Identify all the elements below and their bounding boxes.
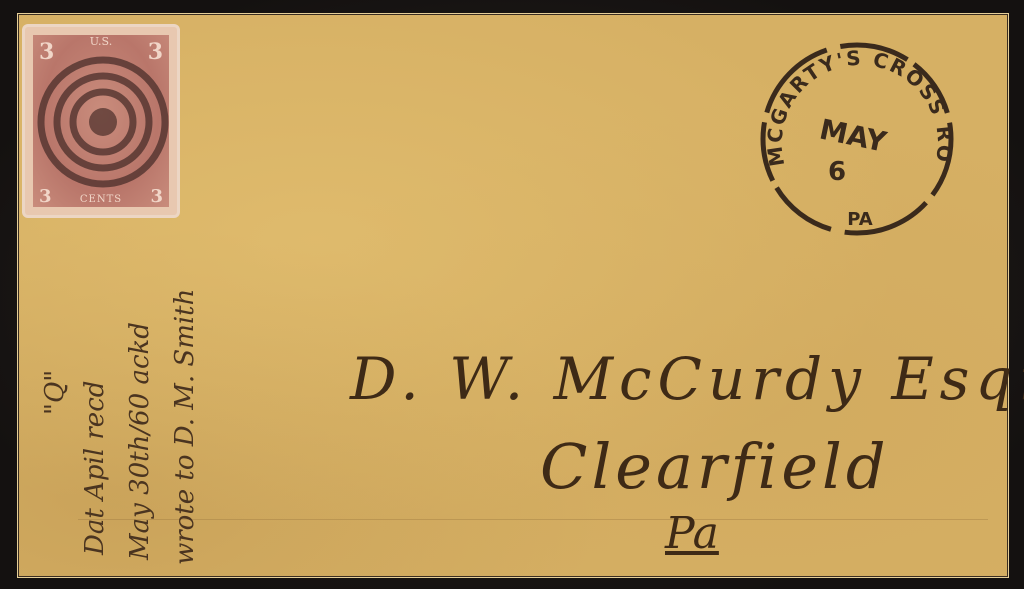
docket-line-4: wrote to D. M. Smith [170, 289, 200, 565]
postage-stamp: U.S. 3 3 3 3 CENTS [25, 27, 177, 215]
docket-line-3: May 30th/60 ackd [125, 322, 155, 560]
address-state: Pa [665, 508, 719, 559]
postmark-day: 6 [828, 157, 846, 187]
postmark: MCGARTY'S CROSS ROADS MAY 6 PA [755, 35, 965, 245]
address-city: Clearfield [540, 430, 890, 503]
postmark-month: MAY [817, 113, 890, 159]
target-cancel-icon [25, 27, 177, 215]
postmark-state: PA [847, 209, 873, 230]
address-name: D. W. McCurdy Esqr [350, 345, 1024, 413]
docket-line-2: Dat Apil recd [80, 381, 110, 555]
docket-note: "Q" Dat Apil recd May 30th/60 ackd wrote… [40, 200, 220, 570]
docket-line-1: "Q" [40, 370, 70, 415]
